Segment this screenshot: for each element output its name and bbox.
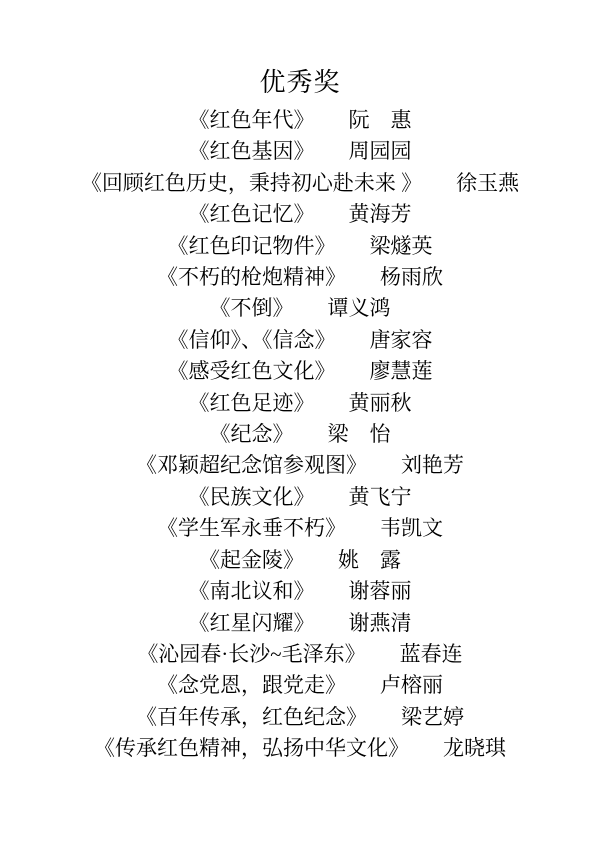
title-author-spacer <box>315 409 349 410</box>
award-entry: 《南北议和》谢蓉丽 <box>0 576 600 607</box>
work-title: 《回顾红色历史，秉持初心赴未来 》 <box>81 171 422 195</box>
author-name: 黄飞宁 <box>349 485 412 509</box>
author-name: 廖慧莲 <box>370 359 433 383</box>
title-author-spacer <box>367 723 401 724</box>
title-author-spacer <box>336 346 370 347</box>
work-title: 《邓颖超纪念馆参观图》 <box>136 453 367 477</box>
title-author-spacer <box>336 377 370 378</box>
work-title: 《民族文化》 <box>189 485 315 509</box>
work-title: 《红色印记物件》 <box>168 234 336 258</box>
work-title: 《不倒》 <box>210 296 294 320</box>
award-entry: 《传承红色精神，弘扬中华文化》龙晓琪 <box>0 733 600 764</box>
title-author-spacer <box>294 440 328 441</box>
award-entry: 《感受红色文化》廖慧莲 <box>0 356 600 387</box>
award-entry: 《起金陵》姚 露 <box>0 545 600 576</box>
title-author-spacer <box>315 220 349 221</box>
author-name: 黄海芳 <box>349 202 412 226</box>
work-title: 《信仰》、《信念》 <box>168 328 336 352</box>
author-name: 韦凯文 <box>380 516 443 540</box>
author-name: 龙晓琪 <box>443 736 506 760</box>
title-author-spacer <box>346 283 380 284</box>
title-author-spacer <box>346 534 380 535</box>
work-title: 《南北议和》 <box>189 579 315 603</box>
work-title: 《红色年代》 <box>189 108 315 132</box>
author-name: 谢蓉丽 <box>349 579 412 603</box>
work-title: 《感受红色文化》 <box>168 359 336 383</box>
award-entry: 《沁园春·长沙~毛泽东》蓝春连 <box>0 639 600 670</box>
title-author-spacer <box>315 126 349 127</box>
award-entry: 《红色记忆》黄海芳 <box>0 199 600 230</box>
work-title: 《红星闪耀》 <box>189 611 315 635</box>
author-name: 刘艳芳 <box>401 453 464 477</box>
title-author-spacer <box>346 691 380 692</box>
author-name: 梁艺婷 <box>401 705 464 729</box>
document-page: 优秀奖 《红色年代》阮 惠《红色基因》周园园《回顾红色历史，秉持初心赴未来 》徐… <box>0 0 600 848</box>
author-name: 徐玉燕 <box>456 171 519 195</box>
award-entry: 《民族文化》黄飞宁 <box>0 482 600 513</box>
title-author-spacer <box>409 754 443 755</box>
award-entry: 《纪念》梁 怡 <box>0 419 600 450</box>
award-entry: 《学生军永垂不朽》韦凯文 <box>0 513 600 544</box>
award-entry: 《百年传承，红色纪念》梁艺婷 <box>0 702 600 733</box>
award-entry: 《信仰》、《信念》唐家容 <box>0 325 600 356</box>
work-title: 《百年传承，红色纪念》 <box>136 705 367 729</box>
title-author-spacer <box>315 597 349 598</box>
award-entry: 《红色年代》阮 惠 <box>0 105 600 136</box>
title-author-spacer <box>304 566 338 567</box>
work-title: 《红色记忆》 <box>189 202 315 226</box>
work-title: 《沁园春·长沙~毛泽东》 <box>137 642 365 666</box>
title-author-spacer <box>367 471 401 472</box>
title-author-spacer <box>315 503 349 504</box>
page-title: 优秀奖 <box>0 66 600 100</box>
title-author-spacer <box>422 189 456 190</box>
work-title: 《纪念》 <box>210 422 294 446</box>
title-author-spacer <box>366 660 400 661</box>
author-name: 蓝春连 <box>400 642 463 666</box>
award-entry: 《不朽的枪炮精神》杨雨欣 <box>0 262 600 293</box>
award-entry: 《红色印记物件》梁燧英 <box>0 231 600 262</box>
author-name: 梁 怡 <box>328 422 391 446</box>
work-title: 《红色基因》 <box>189 139 315 163</box>
title-author-spacer <box>336 252 370 253</box>
award-entry: 《红色足迹》黄丽秋 <box>0 388 600 419</box>
work-title: 《念党恩，跟党走》 <box>157 673 346 697</box>
award-list: 《红色年代》阮 惠《红色基因》周园园《回顾红色历史，秉持初心赴未来 》徐玉燕《红… <box>0 105 600 765</box>
title-author-spacer <box>315 629 349 630</box>
work-title: 《不朽的枪炮精神》 <box>157 265 346 289</box>
award-entry: 《红色基因》周园园 <box>0 136 600 167</box>
work-title: 《起金陵》 <box>199 548 304 572</box>
author-name: 周园园 <box>349 139 412 163</box>
award-entry: 《回顾红色历史，秉持初心赴未来 》徐玉燕 <box>0 168 600 199</box>
work-title: 《学生军永垂不朽》 <box>157 516 346 540</box>
award-entry: 《邓颖超纪念馆参观图》刘艳芳 <box>0 450 600 481</box>
author-name: 谭义鸿 <box>328 296 391 320</box>
author-name: 谢燕清 <box>349 611 412 635</box>
author-name: 阮 惠 <box>349 108 412 132</box>
author-name: 杨雨欣 <box>380 265 443 289</box>
work-title: 《红色足迹》 <box>189 391 315 415</box>
author-name: 黄丽秋 <box>349 391 412 415</box>
award-entry: 《不倒》谭义鸿 <box>0 293 600 324</box>
author-name: 卢榕丽 <box>380 673 443 697</box>
title-author-spacer <box>294 314 328 315</box>
work-title: 《传承红色精神，弘扬中华文化》 <box>94 736 409 760</box>
award-entry: 《红星闪耀》谢燕清 <box>0 608 600 639</box>
author-name: 唐家容 <box>370 328 433 352</box>
author-name: 姚 露 <box>338 548 401 572</box>
author-name: 梁燧英 <box>370 234 433 258</box>
title-author-spacer <box>315 157 349 158</box>
award-entry: 《念党恩，跟党走》卢榕丽 <box>0 670 600 701</box>
